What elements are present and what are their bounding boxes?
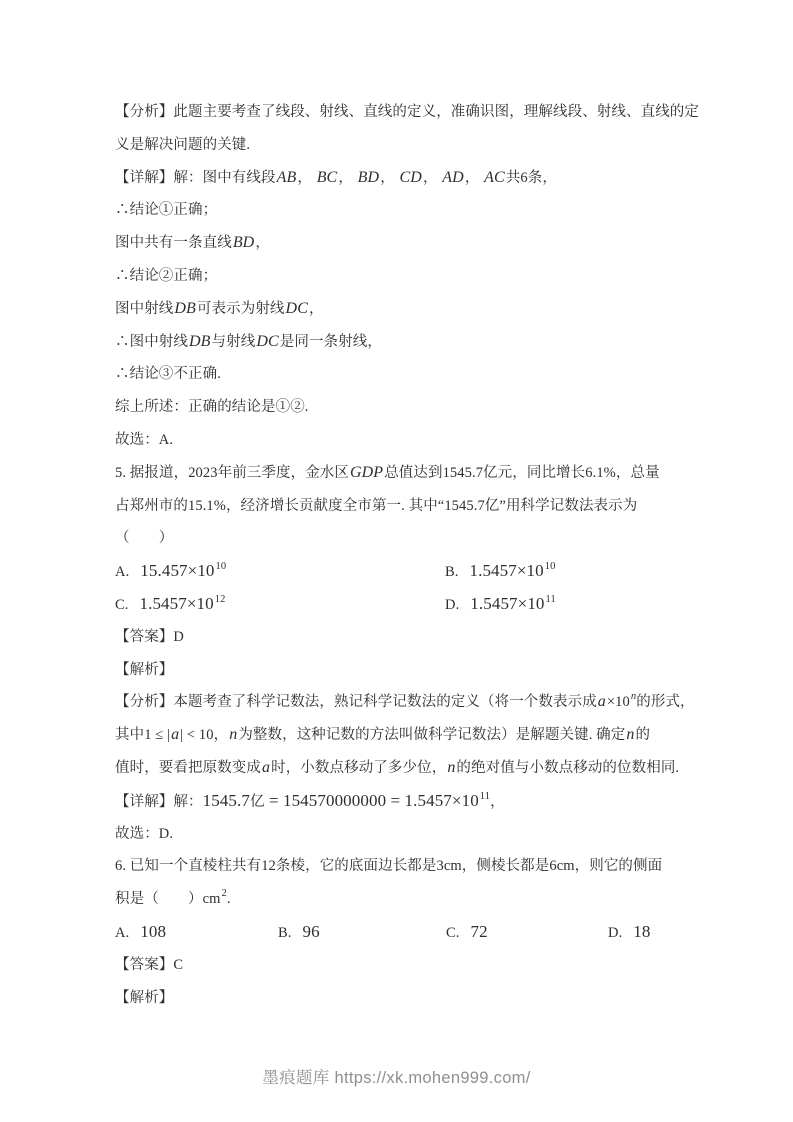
- q6-options-row: A.108B.96C.72D.18: [115, 916, 683, 949]
- q6-stem-line-1: 6. 已知一个直棱柱共有12条棱，它的底面边长都是3cm，侧棱长都是6cm，则它…: [115, 850, 683, 883]
- q4-conclusion-3: ∴结论③不正确.: [115, 358, 683, 391]
- option-cell: D.1.5457×1011: [445, 588, 556, 624]
- q5-answer-line: 【答案】D: [115, 621, 683, 654]
- q4-detail-line-4: ∴图中射线DB与射线DC是同一条射线，: [115, 326, 683, 359]
- option-cell: B.1.5457×1010: [445, 555, 555, 591]
- q5-stem-line-1: 5. 据报道，2023年前三季度，金水区GDP总值达到1545.7亿元，同比增长…: [115, 457, 683, 490]
- exam-document-page: 【分析】此题主要考查了线段、射线、直线的定义，准确识图，理解线段、射线、直线的定…: [0, 0, 793, 1122]
- q5-options-row-cd: C.1.5457×1012D.1.5457×1011: [115, 588, 683, 621]
- q5-stem-line-2: 占郑州市的15.1%，经济增长贡献度全市第一. 其中“1545.7亿”用科学记数…: [115, 490, 683, 523]
- q5-detail-line: 【详解】解：1545.7亿 = 154570000000 = 1.5457×10…: [115, 785, 683, 818]
- q6-stem-line-2: 积是（ ）cm2.: [115, 883, 683, 916]
- option-cell: D.18: [608, 916, 651, 950]
- q5-options-row-ab: A.15.457×1010B.1.5457×1010: [115, 555, 683, 588]
- q4-detail-line-1: 【详解】解：图中有线段AB， BC， BD， CD， AD， AC共6条，: [115, 162, 683, 195]
- q5-analysis-line-3: 值时，要看把原数变成a时，小数点移动了多少位，n的绝对值与小数点移动的位数相同.: [115, 752, 683, 785]
- q4-choice-line: 故选：A.: [115, 424, 683, 457]
- q4-detail-line-2: 图中共有一条直线BD，: [115, 227, 683, 260]
- q4-analysis-line-2: 义是解决问题的关键.: [115, 129, 683, 162]
- q5-analysis-line-2: 其中1 ≤ |a| < 10，n为整数，这种记数的方法叫做科学记数法）是解题关键…: [115, 719, 683, 752]
- option-cell: C.1.5457×1012: [115, 588, 225, 624]
- q6-answer-line: 【答案】C: [115, 949, 683, 982]
- q4-conclusion-1: ∴结论①正确；: [115, 194, 683, 227]
- q5-stem-line-3: （ ）: [115, 522, 683, 555]
- option-cell: A.15.457×1010: [115, 555, 226, 591]
- watermark-footer: 墨痕题库 https://xk.mohen999.com/: [0, 1064, 793, 1088]
- q5-analysis-line-1: 【分析】本题考查了科学记数法，熟记科学记数法的定义（将一个数表示成a×10n的形…: [115, 686, 683, 719]
- q5-jiexi-line: 【解析】: [115, 654, 683, 687]
- q4-detail-line-3: 图中射线DB可表示为射线DC，: [115, 293, 683, 326]
- q4-conclusion-2: ∴结论②正确；: [115, 260, 683, 293]
- q4-analysis-line-1: 【分析】此题主要考查了线段、射线、直线的定义，准确识图，理解线段、射线、直线的定: [115, 96, 683, 129]
- q5-choice-line: 故选：D.: [115, 818, 683, 851]
- option-cell: A.108: [115, 916, 166, 950]
- option-cell: C.72: [446, 916, 488, 950]
- q4-summary-line: 综上所述：正确的结论是①②.: [115, 391, 683, 424]
- document-content: 【分析】此题主要考查了线段、射线、直线的定义，准确识图，理解线段、射线、直线的定…: [115, 96, 683, 1014]
- option-cell: B.96: [278, 916, 320, 950]
- q6-jiexi-line: 【解析】: [115, 982, 683, 1015]
